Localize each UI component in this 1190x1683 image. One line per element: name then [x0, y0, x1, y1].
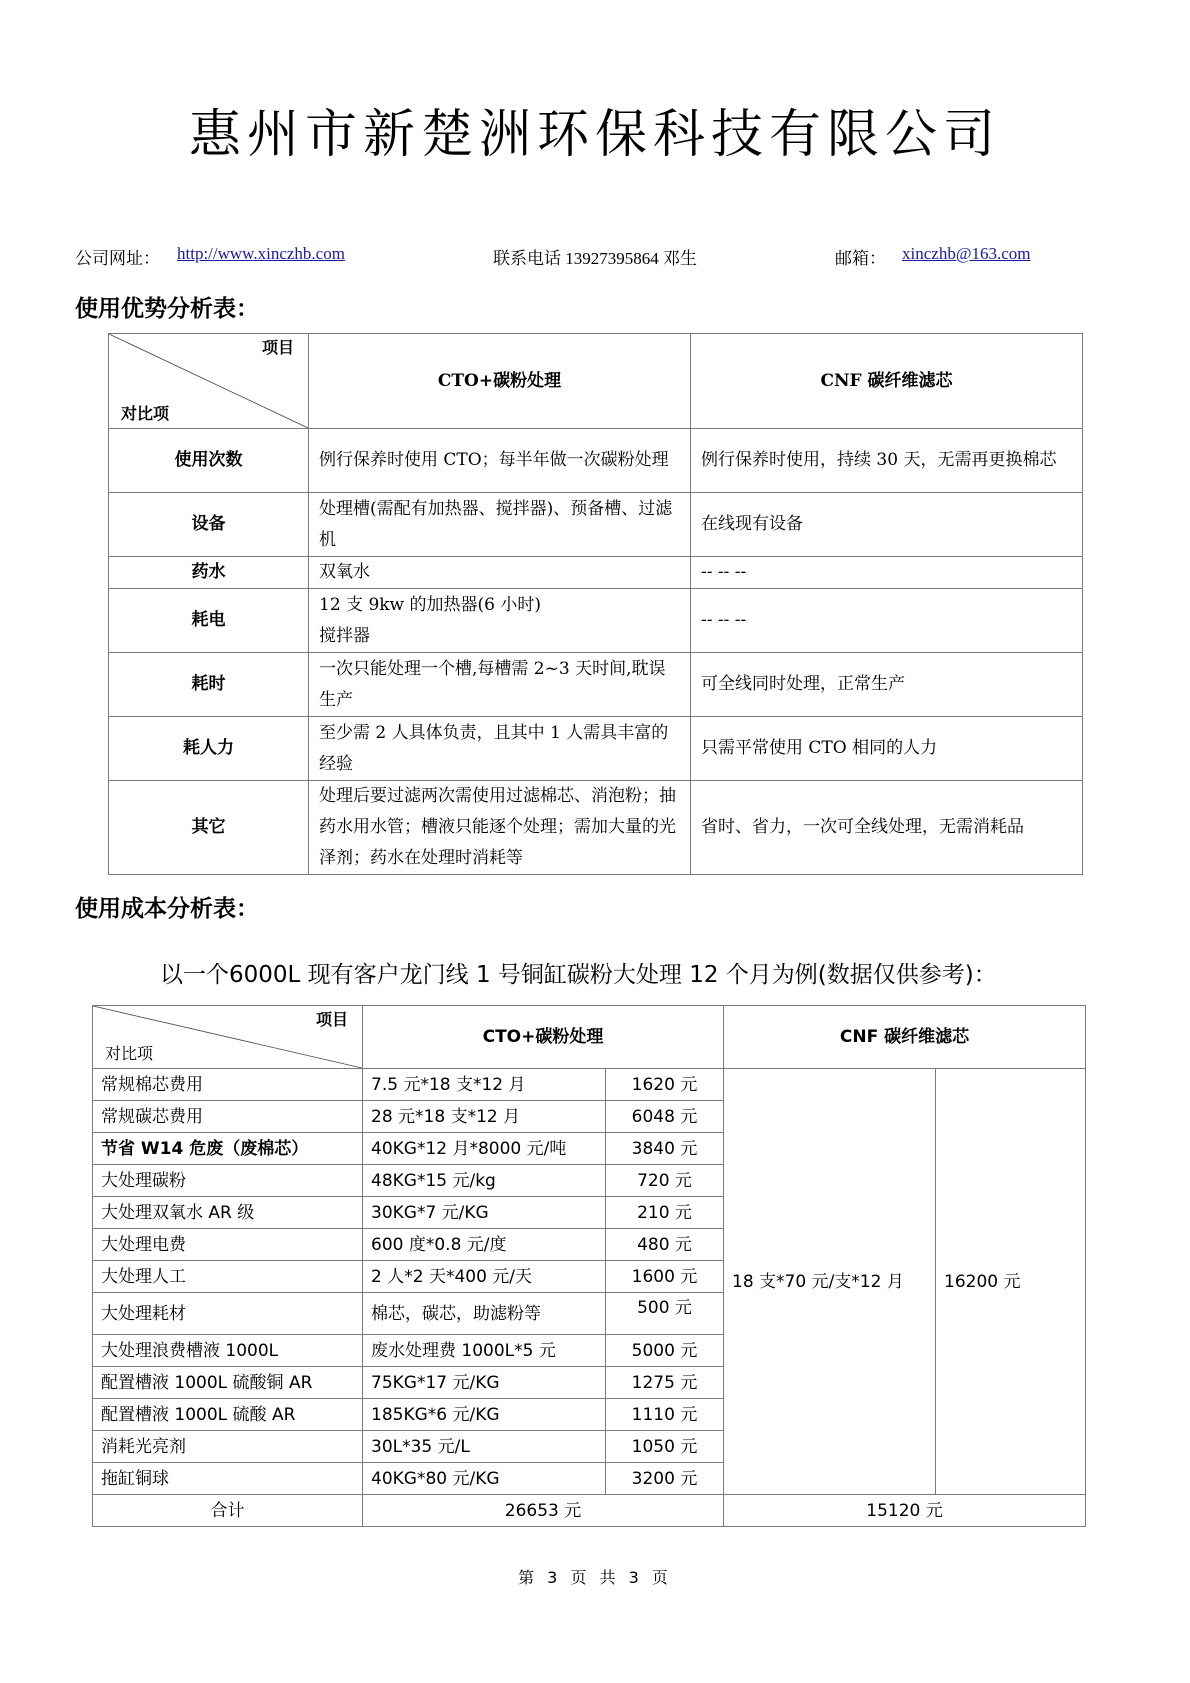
cell-formula: 30KG*7 元/KG: [363, 1197, 606, 1229]
col-header-cnf: CNF 碳纤维滤芯: [691, 334, 1083, 429]
cell-cnf: 只需平常使用 CTO 相同的人力: [691, 717, 1083, 781]
corner-bottom-label: 对比项: [105, 1044, 153, 1064]
cost-subtitle: 以一个6000L 现有客户龙门线 1 号铜缸碳粉大处理 12 个月为例(数据仅供…: [160, 956, 997, 989]
row-label: 常规碳芯费用: [93, 1101, 363, 1133]
row-label: 设备: [109, 493, 309, 557]
cell-formula: 废水处理费 1000L*5 元: [363, 1335, 606, 1367]
row-label: 拖缸铜球: [93, 1463, 363, 1495]
col-header-cto: CTO+碳粉处理: [363, 1006, 724, 1069]
corner-top-label: 项目: [262, 338, 294, 358]
row-label: 配置槽液 1000L 硫酸 AR: [93, 1399, 363, 1431]
cnf-formula: 18 支*70 元/支*12 月: [724, 1069, 936, 1495]
cell-formula: 75KG*17 元/KG: [363, 1367, 606, 1399]
cell-formula: 28 元*18 支*12 月: [363, 1101, 606, 1133]
cell-formula: 48KG*15 元/kg: [363, 1165, 606, 1197]
cell-amount: 1110 元: [606, 1399, 724, 1431]
row-label: 其它: [109, 781, 309, 875]
cell-amount: 3200 元: [606, 1463, 724, 1495]
cell-amount: 500 元: [606, 1293, 724, 1335]
row-label: 耗电: [109, 589, 309, 653]
email-label: 邮箱：: [835, 244, 886, 269]
total-label: 合计: [93, 1495, 363, 1527]
cell-amount: 1620 元: [606, 1069, 724, 1101]
cnf-amount: 16200 元: [936, 1069, 1086, 1495]
cell-cnf: -- -- --: [691, 557, 1083, 589]
row-label: 大处理双氧水 AR 级: [93, 1197, 363, 1229]
row-label: 大处理电费: [93, 1229, 363, 1261]
advantage-table: 项目 对比项 CTO+碳粉处理 CNF 碳纤维滤芯 使用次数 例行保养时使用 C…: [108, 333, 1083, 875]
cell-cnf: 在线现有设备: [691, 493, 1083, 557]
website-link[interactable]: http://www.xinczhb.com: [177, 244, 345, 263]
row-label: 药水: [109, 557, 309, 589]
cost-heading: 使用成本分析表：: [75, 890, 259, 923]
cell-cnf: 例行保养时使用，持续 30 天，无需再更换棉芯: [691, 429, 1083, 493]
row-label: 常规棉芯费用: [93, 1069, 363, 1101]
company-title: 惠州市新楚洲环保科技有限公司: [0, 92, 1190, 167]
cell-amount: 5000 元: [606, 1335, 724, 1367]
cell-amount: 3840 元: [606, 1133, 724, 1165]
corner-bottom-label: 对比项: [121, 404, 169, 424]
cell-formula: 600 度*0.8 元/度: [363, 1229, 606, 1261]
email-link[interactable]: xinczhb@163.com: [902, 244, 1031, 263]
col-header-cnf: CNF 碳纤维滤芯: [724, 1006, 1086, 1069]
row-label: 使用次数: [109, 429, 309, 493]
cell-cto: 12 支 9kw 的加热器(6 小时) 搅拌器: [309, 589, 691, 653]
row-label: 节省 W14 危废（废棉芯）: [93, 1133, 363, 1165]
row-label: 大处理浪费槽液 1000L: [93, 1335, 363, 1367]
corner-top-label: 项目: [316, 1010, 348, 1030]
col-header-cto: CTO+碳粉处理: [309, 334, 691, 429]
total-cto: 26653 元: [363, 1495, 724, 1527]
cell-cto: 例行保养时使用 CTO；每半年做一次碳粉处理: [309, 429, 691, 493]
cell-formula: 40KG*12 月*8000 元/吨: [363, 1133, 606, 1165]
row-label: 大处理人工: [93, 1261, 363, 1293]
cell-amount: 1050 元: [606, 1431, 724, 1463]
cost-table: 项目 对比项 CTO+碳粉处理 CNF 碳纤维滤芯 常规棉芯费用 7.5 元*1…: [92, 1005, 1086, 1527]
total-cnf: 15120 元: [724, 1495, 1086, 1527]
cell-formula: 7.5 元*18 支*12 月: [363, 1069, 606, 1101]
cell-cnf: 省时、省力，一次可全线处理，无需消耗品: [691, 781, 1083, 875]
contact-line: 公司网址： http://www.xinczhb.com 联系电话 139273…: [75, 244, 1115, 268]
row-label: 消耗光亮剂: [93, 1431, 363, 1463]
corner-cell: 项目 对比项: [93, 1006, 363, 1069]
row-label: 大处理碳粉: [93, 1165, 363, 1197]
cell-formula: 30L*35 元/L: [363, 1431, 606, 1463]
cell-cto: 处理后要过滤两次需使用过滤棉芯、消泡粉；抽药水用水管；槽液只能逐个处理；需加大量…: [309, 781, 691, 875]
cell-cto: 双氧水: [309, 557, 691, 589]
cell-cto: 至少需 2 人具体负责，且其中 1 人需具丰富的经验: [309, 717, 691, 781]
cell-formula: 2 人*2 天*400 元/天: [363, 1261, 606, 1293]
website-label: 公司网址：: [75, 244, 160, 269]
corner-cell: 项目 对比项: [109, 334, 309, 429]
phone-text: 联系电话 13927395864 邓生: [493, 244, 697, 269]
page-number: 第 3 页 共 3 页: [0, 1565, 1190, 1588]
cell-amount: 720 元: [606, 1165, 724, 1197]
cell-cnf: -- -- --: [691, 589, 1083, 653]
advantage-heading: 使用优势分析表：: [75, 290, 259, 323]
cell-cto: 处理槽(需配有加热器、搅拌器)、预备槽、过滤机: [309, 493, 691, 557]
cell-amount: 210 元: [606, 1197, 724, 1229]
cell-amount: 1275 元: [606, 1367, 724, 1399]
cell-formula: 185KG*6 元/KG: [363, 1399, 606, 1431]
cell-formula: 40KG*80 元/KG: [363, 1463, 606, 1495]
row-label: 配置槽液 1000L 硫酸铜 AR: [93, 1367, 363, 1399]
cell-cto: 一次只能处理一个槽,每槽需 2~3 天时间,耽误生产: [309, 653, 691, 717]
cell-amount: 1600 元: [606, 1261, 724, 1293]
row-label: 耗人力: [109, 717, 309, 781]
cell-amount: 480 元: [606, 1229, 724, 1261]
cell-amount: 6048 元: [606, 1101, 724, 1133]
cell-cnf: 可全线同时处理，正常生产: [691, 653, 1083, 717]
cell-formula: 棉芯，碳芯，助滤粉等: [363, 1293, 606, 1335]
row-label: 大处理耗材: [93, 1293, 363, 1335]
row-label: 耗时: [109, 653, 309, 717]
